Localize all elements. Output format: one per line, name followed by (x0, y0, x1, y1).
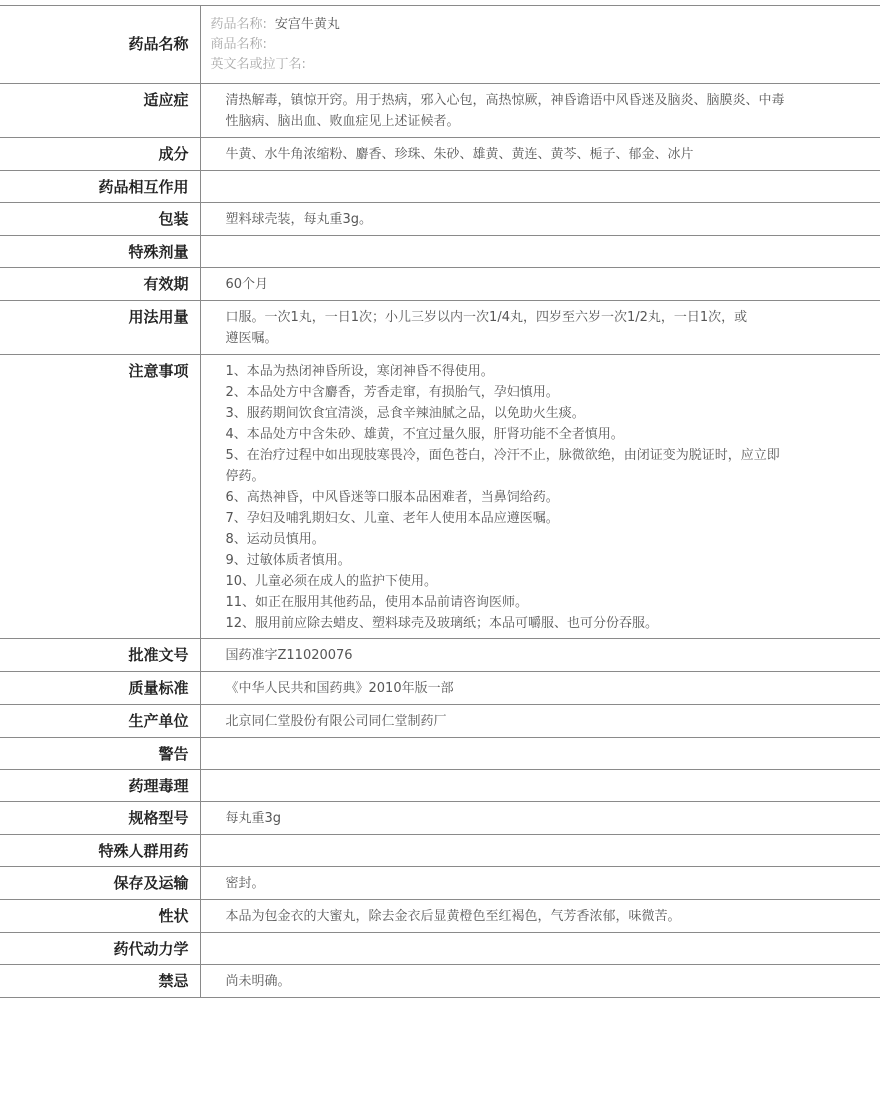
row-shelf-life: 有效期 60个月 (0, 268, 880, 301)
label-special-dosage: 特殊剂量 (0, 236, 200, 268)
precaution-item: 10、儿童必须在成人的监护下使用。 (226, 571, 786, 592)
row-precautions: 注意事项 1、本品为热闭神昏所设，寒闭神昏不得使用。 2、本品处方中含麝香，芳香… (0, 355, 880, 639)
value-approval-number: 国药准字Z11020076 (200, 639, 880, 672)
precaution-item: 6、高热神昏，中风昏迷等口服本品困难者，当鼻饲给药。 (226, 487, 786, 508)
value-pharmacology (200, 770, 880, 802)
label-shelf-life: 有效期 (0, 268, 200, 301)
trade-name-line: 商品名称: (211, 35, 871, 55)
row-pharmacokinetics: 药代动力学 (0, 933, 880, 965)
precaution-item: 2、本品处方中含麝香，芳香走窜，有损胎气，孕妇慎用。 (226, 382, 786, 403)
row-special-dosage: 特殊剂量 (0, 236, 880, 268)
value-pharmacokinetics (200, 933, 880, 965)
english-name-line: 英文名或拉丁名: (211, 55, 871, 75)
value-shelf-life: 60个月 (200, 268, 880, 301)
precaution-item: 9、过敏体质者慎用。 (226, 550, 786, 571)
value-dosage: 口服。一次1丸，一日1次；小儿三岁以内一次1/4丸，四岁至六岁一次1/2丸，一日… (200, 301, 880, 355)
generic-name-line: 药品名称:安宫牛黄丸 (211, 15, 871, 35)
drug-info-page: 药品名称 药品名称:安宫牛黄丸 商品名称: 英文名或拉丁名: 适应症 清热解毒，… (0, 5, 880, 998)
english-name-label: 英文名或拉丁名: (211, 57, 306, 72)
row-drug-name: 药品名称 药品名称:安宫牛黄丸 商品名称: 英文名或拉丁名: (0, 6, 880, 84)
row-interactions: 药品相互作用 (0, 171, 880, 203)
label-drug-name: 药品名称 (0, 6, 200, 84)
label-pharmacokinetics: 药代动力学 (0, 933, 200, 965)
row-quality-standard: 质量标准 《中华人民共和国药典》2010年版一部 (0, 672, 880, 705)
precaution-item: 4、本品处方中含朱砂、雄黄，不宜过量久服，肝肾功能不全者慎用。 (226, 424, 786, 445)
label-dosage: 用法用量 (0, 301, 200, 355)
value-indications: 清热解毒，镇惊开窍。用于热病，邪入心包，高热惊厥，神昏谵语中风昏迷及脑炎、脑膜炎… (200, 84, 880, 138)
label-packaging: 包装 (0, 203, 200, 236)
label-special-populations: 特殊人群用药 (0, 835, 200, 867)
row-contraindications: 禁忌 尚未明确。 (0, 965, 880, 998)
label-pharmacology: 药理毒理 (0, 770, 200, 802)
generic-name-value: 安宫牛黄丸 (275, 17, 340, 32)
precaution-item: 12、服用前应除去蜡皮、塑料球壳及玻璃纸；本品可嚼服、也可分份吞服。 (226, 613, 786, 634)
label-approval-number: 批准文号 (0, 639, 200, 672)
row-pharmacology: 药理毒理 (0, 770, 880, 802)
label-manufacturer: 生产单位 (0, 705, 200, 738)
precaution-item: 3、服药期间饮食宜清淡，忌食辛辣油腻之品，以免助火生痰。 (226, 403, 786, 424)
label-description: 性状 (0, 900, 200, 933)
value-ingredients: 牛黄、水牛角浓缩粉、麝香、珍珠、朱砂、雄黄、黄连、黄芩、栀子、郁金、冰片 (200, 138, 880, 171)
row-indications: 适应症 清热解毒，镇惊开窍。用于热病，邪入心包，高热惊厥，神昏谵语中风昏迷及脑炎… (0, 84, 880, 138)
value-storage: 密封。 (200, 867, 880, 900)
precaution-item: 5、在治疗过程中如出现肢寒畏冷，面色苍白，冷汗不止，脉微欲绝，由闭证变为脱证时，… (226, 445, 786, 487)
label-quality-standard: 质量标准 (0, 672, 200, 705)
value-contraindications: 尚未明确。 (200, 965, 880, 998)
precaution-item: 1、本品为热闭神昏所设，寒闭神昏不得使用。 (226, 361, 786, 382)
value-special-dosage (200, 236, 880, 268)
row-specification: 规格型号 每丸重3g (0, 802, 880, 835)
label-warning: 警告 (0, 738, 200, 770)
label-ingredients: 成分 (0, 138, 200, 171)
label-storage: 保存及运输 (0, 867, 200, 900)
label-interactions: 药品相互作用 (0, 171, 200, 203)
row-ingredients: 成分 牛黄、水牛角浓缩粉、麝香、珍珠、朱砂、雄黄、黄连、黄芩、栀子、郁金、冰片 (0, 138, 880, 171)
label-specification: 规格型号 (0, 802, 200, 835)
value-specification: 每丸重3g (200, 802, 880, 835)
value-drug-name: 药品名称:安宫牛黄丸 商品名称: 英文名或拉丁名: (200, 6, 880, 84)
row-dosage: 用法用量 口服。一次1丸，一日1次；小儿三岁以内一次1/4丸，四岁至六岁一次1/… (0, 301, 880, 355)
drug-spec-table: 药品名称 药品名称:安宫牛黄丸 商品名称: 英文名或拉丁名: 适应症 清热解毒，… (0, 5, 880, 998)
row-warning: 警告 (0, 738, 880, 770)
value-description: 本品为包金衣的大蜜丸，除去金衣后显黄橙色至红褐色，气芳香浓郁，味微苦。 (200, 900, 880, 933)
value-packaging: 塑料球壳装，每丸重3g。 (200, 203, 880, 236)
generic-name-label: 药品名称: (211, 17, 267, 32)
label-contraindications: 禁忌 (0, 965, 200, 998)
value-interactions (200, 171, 880, 203)
row-packaging: 包装 塑料球壳装，每丸重3g。 (0, 203, 880, 236)
label-precautions: 注意事项 (0, 355, 200, 639)
value-warning (200, 738, 880, 770)
precaution-item: 7、孕妇及哺乳期妇女、儿童、老年人使用本品应遵医嘱。 (226, 508, 786, 529)
value-quality-standard: 《中华人民共和国药典》2010年版一部 (200, 672, 880, 705)
precaution-item: 11、如正在服用其他药品，使用本品前请咨询医师。 (226, 592, 786, 613)
value-precautions: 1、本品为热闭神昏所设，寒闭神昏不得使用。 2、本品处方中含麝香，芳香走窜，有损… (200, 355, 880, 639)
value-special-populations (200, 835, 880, 867)
row-manufacturer: 生产单位 北京同仁堂股份有限公司同仁堂制药厂 (0, 705, 880, 738)
label-indications: 适应症 (0, 84, 200, 138)
precaution-item: 8、运动员慎用。 (226, 529, 786, 550)
trade-name-label: 商品名称: (211, 37, 267, 52)
row-approval-number: 批准文号 国药准字Z11020076 (0, 639, 880, 672)
value-manufacturer: 北京同仁堂股份有限公司同仁堂制药厂 (200, 705, 880, 738)
row-description: 性状 本品为包金衣的大蜜丸，除去金衣后显黄橙色至红褐色，气芳香浓郁，味微苦。 (0, 900, 880, 933)
precautions-list: 1、本品为热闭神昏所设，寒闭神昏不得使用。 2、本品处方中含麝香，芳香走窜，有损… (226, 361, 786, 634)
row-storage: 保存及运输 密封。 (0, 867, 880, 900)
row-special-populations: 特殊人群用药 (0, 835, 880, 867)
